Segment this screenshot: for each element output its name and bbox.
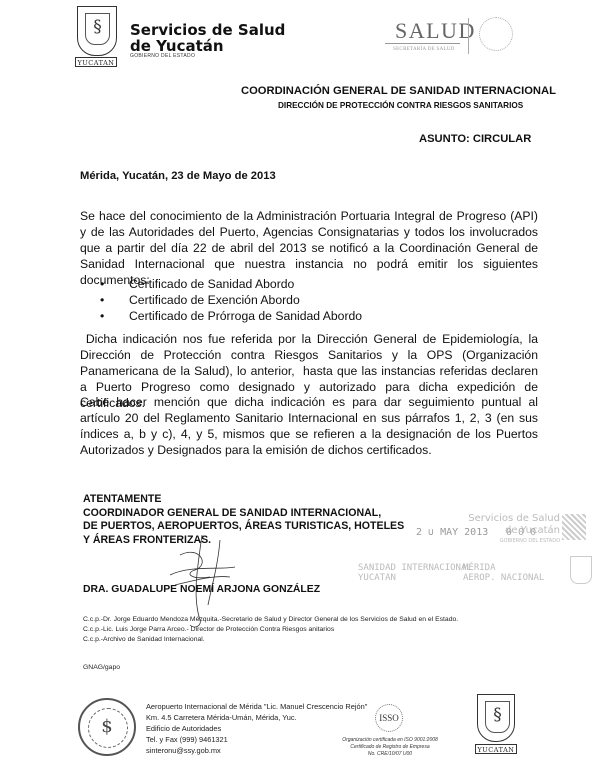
national-seal-icon <box>479 17 513 51</box>
list-item: Certificado de Exención Abordo <box>100 292 500 308</box>
carbon-copies: C.c.p.-Dr. Jorge Eduardo Mendoza Mézquit… <box>83 615 593 645</box>
logo-divider <box>468 18 469 54</box>
shield-icon: § <box>77 6 117 56</box>
footer-address: Aeropuerto Internacional de Mérida "Lic.… <box>146 701 367 756</box>
footer-state-crest: § YUCATAN <box>475 694 517 756</box>
federal-salud-subtitle: SECRETARÍA DE SALUD <box>393 47 455 52</box>
signer-name: DRA. GUADALUPE NOEMÍ ARJONA GONZÁLEZ <box>83 583 320 597</box>
stamp-crest-icon <box>570 556 592 584</box>
place-date: Mérida, Yucatán, 23 de Mayo de 2013 <box>80 170 276 182</box>
documents-list: Certificado de Sanidad Abordo Certificad… <box>100 276 500 324</box>
official-stamp: Servicios de Salud de Yucatán GOBIERNO D… <box>358 508 600 618</box>
shield-icon: § <box>477 694 515 742</box>
stamp-date: 2 ∪ MAY 2013 <box>416 527 488 538</box>
direction-title: DIRECCIÓN DE PROTECCIÓN CONTRA RIESGOS S… <box>278 101 523 110</box>
cc-item: C.c.p.-Archivo de Sanidad Internacional. <box>83 635 593 645</box>
paragraph-3: Cabe hacer mención que dicha indicación … <box>80 394 538 458</box>
stamp-qr-icon <box>562 514 586 540</box>
list-item: Certificado de Prórroga de Sanidad Abord… <box>100 308 500 324</box>
closing: ATENTAMENTE <box>83 493 404 507</box>
stamp-number: 0 0 0 <box>506 527 536 538</box>
cc-item: C.c.p.-Lic. Luis Jorge Parra Arceo.- Dir… <box>83 625 593 635</box>
seal-emblem-icon: $ <box>80 716 134 737</box>
crest-banner: YUCATAN <box>75 57 117 67</box>
signer-title: COORDINADOR GENERAL DE SANIDAD INTERNACI… <box>83 507 404 521</box>
federal-salud-logo: SALUD <box>395 18 476 44</box>
iso-certification: Organización certificada en ISO 9001:200… <box>340 737 440 758</box>
logo-rule <box>385 43 460 44</box>
org-subtitle: GOBIERNO DEL ESTADO <box>130 53 195 59</box>
subject-line: ASUNTO: CIRCULAR <box>419 133 531 145</box>
footer-email: sinteronu@ssy.gob.mx <box>146 745 367 756</box>
list-item: Certificado de Sanidad Abordo <box>100 276 500 292</box>
org-name: Servicios de Salud de Yucatán <box>130 22 285 54</box>
reference-initials: GNAG/gapo <box>83 663 120 673</box>
iso-logo: ISSO <box>375 704 403 732</box>
state-crest-logo: § YUCATAN <box>75 6 120 68</box>
cc-item: C.c.p.-Dr. Jorge Eduardo Mendoza Mézquit… <box>83 615 593 625</box>
sanidad-internacional-seal: $ <box>78 698 136 756</box>
coordination-title: COORDINACIÓN GENERAL DE SANIDAD INTERNAC… <box>241 85 556 97</box>
